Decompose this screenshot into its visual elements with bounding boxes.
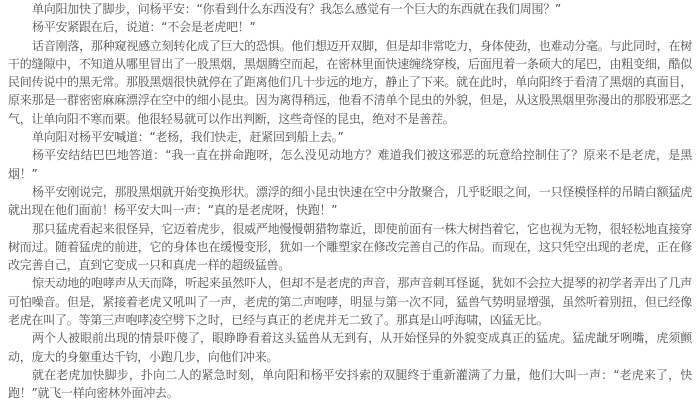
paragraph: 话音刚落，那种窥视感立刻转化成了巨大的恐惧。他们想迈开双脚，但是却非常吃力，身体…: [8, 37, 692, 128]
paragraph: 就在老虎加快脚步，扑向二人的紧急时刻，单向阳和杨平安抖索的双腿终于重新灌满了力量…: [8, 366, 692, 403]
paragraph: 两个人被眼前出现的情景吓傻了，眼睁睁看着这头猛兽从无到有，从开始怪异的外貌变成真…: [8, 329, 692, 366]
novel-text-content: 单向阳加快了脚步，问杨平安：“你看到什么东西没有？我怎么感觉有一个巨大的东西就在…: [0, 0, 700, 403]
paragraph: 那只猛虎看起来很怪异，它迈着虎步，很威严地慢慢朝猎物靠近，即使前面有一株大树挡着…: [8, 220, 692, 275]
paragraph: 杨平安结结巴巴地答道：“我一直在拼命跑呀，怎么没见动地方？难道我们被这邪恶的玩意…: [8, 146, 692, 183]
paragraph: 杨平安刚说完，那股黑烟就开始变换形状。漂浮的细小昆虫快速在空中分散聚合，几乎眨眼…: [8, 183, 692, 220]
paragraph: 单向阳对杨平安喊道：“老杨，我们快走，赶紧回到船上去。”: [8, 128, 692, 146]
paragraph: 惊天动地的咆哮声从天而降，听起来虽然吓人，但却不是老虎的声音，那声音刺耳怪诞，犹…: [8, 274, 692, 329]
paragraph: 杨平安紧跟在后，说道：“不会是老虎吧！”: [8, 18, 692, 36]
novel-reader-page: 单向阳加快了脚步，问杨平安：“你看到什么东西没有？我怎么感觉有一个巨大的东西就在…: [0, 0, 700, 403]
paragraph: 单向阳加快了脚步，问杨平安：“你看到什么东西没有？我怎么感觉有一个巨大的东西就在…: [8, 0, 692, 18]
